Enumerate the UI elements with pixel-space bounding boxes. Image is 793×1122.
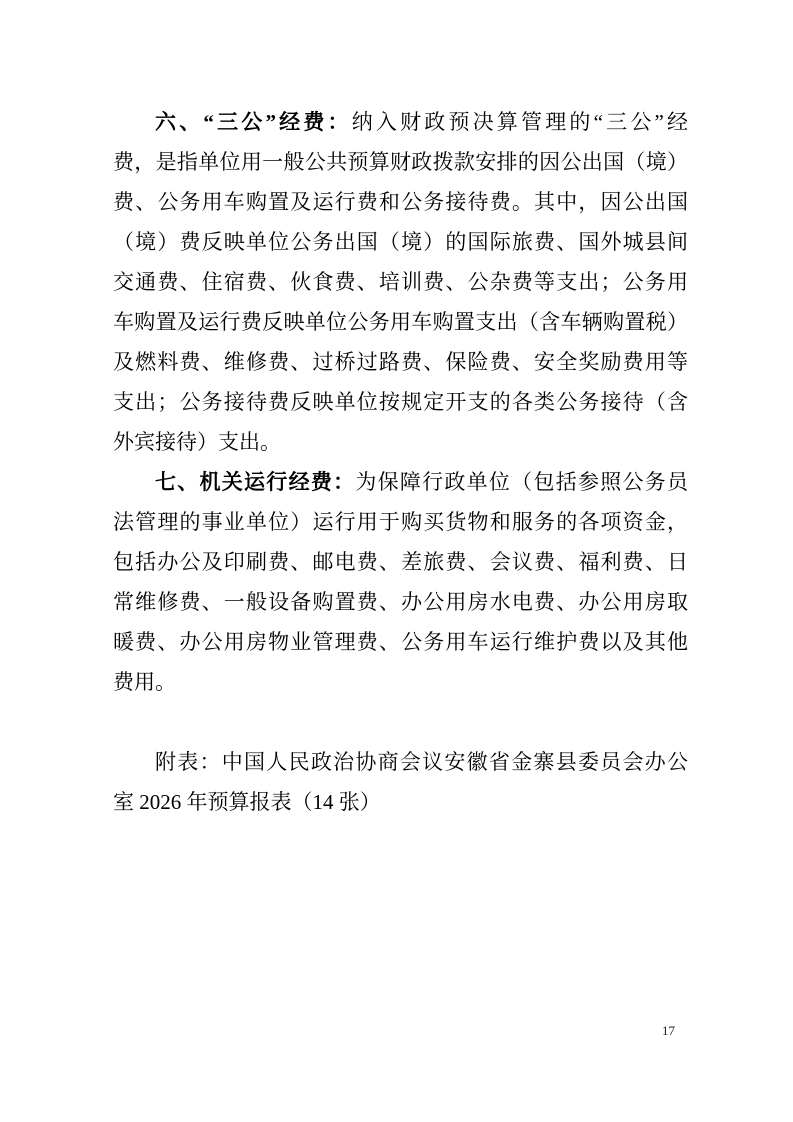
jiguan-line-2: 法管理的事业单位）运行用于购买货物和服务的各项资金， bbox=[113, 502, 688, 542]
fubiao-line-1: 附表：中国人民政治协商会议安徽省金寨县委员会办公 bbox=[113, 742, 688, 782]
sangong-line-1: 六、“三公”经费：纳入财政预决算管理的“三公”经 bbox=[113, 102, 688, 142]
jiguan-line-1-text: 为保障行政单位（包括参照公务员 bbox=[355, 470, 688, 494]
jiguan-line-5: 暖费、办公用房物业管理费、公务用车运行维护费以及其他 bbox=[113, 622, 688, 662]
sangong-line-4: （境）费反映单位公务出国（境）的国际旅费、国外城县间 bbox=[113, 222, 688, 262]
fubiao-line-2: 室 2026 年预算报表（14 张） bbox=[113, 782, 688, 822]
blank-line bbox=[113, 702, 688, 742]
jiguan-heading: 七、机关运行经费： bbox=[155, 470, 355, 494]
sangong-line-7: 及燃料费、维修费、过桥过路费、保险费、安全奖励费用等 bbox=[113, 342, 688, 382]
document-page: { "colors": { "background": "#ffffff", "… bbox=[0, 0, 793, 1122]
document-body: 六、“三公”经费：纳入财政预决算管理的“三公”经 费，是指单位用一般公共预算财政… bbox=[113, 102, 688, 822]
sangong-line-1-text: 纳入财政预决算管理的“三公”经 bbox=[352, 110, 688, 134]
jiguan-line-3: 包括办公及印刷费、邮电费、差旅费、会议费、福利费、日 bbox=[113, 542, 688, 582]
sangong-line-5: 交通费、住宿费、伙食费、培训费、公杂费等支出；公务用 bbox=[113, 262, 688, 302]
sangong-line-3: 费、公务用车购置及运行费和公务接待费。其中，因公出国 bbox=[113, 182, 688, 222]
jiguan-line-6: 费用。 bbox=[113, 662, 688, 702]
jiguan-line-1: 七、机关运行经费：为保障行政单位（包括参照公务员 bbox=[113, 462, 688, 502]
sangong-line-6: 车购置及运行费反映单位公务用车购置支出（含车辆购置税） bbox=[113, 302, 688, 342]
sangong-line-2: 费，是指单位用一般公共预算财政拨款安排的因公出国（境） bbox=[113, 142, 688, 182]
jiguan-line-4: 常维修费、一般设备购置费、办公用房水电费、办公用房取 bbox=[113, 582, 688, 622]
sangong-line-8: 支出；公务接待费反映单位按规定开支的各类公务接待（含 bbox=[113, 382, 688, 422]
sangong-heading: 六、“三公”经费： bbox=[155, 110, 352, 134]
page-number: 17 bbox=[662, 1022, 675, 1040]
sangong-line-9: 外宾接待）支出。 bbox=[113, 422, 688, 462]
